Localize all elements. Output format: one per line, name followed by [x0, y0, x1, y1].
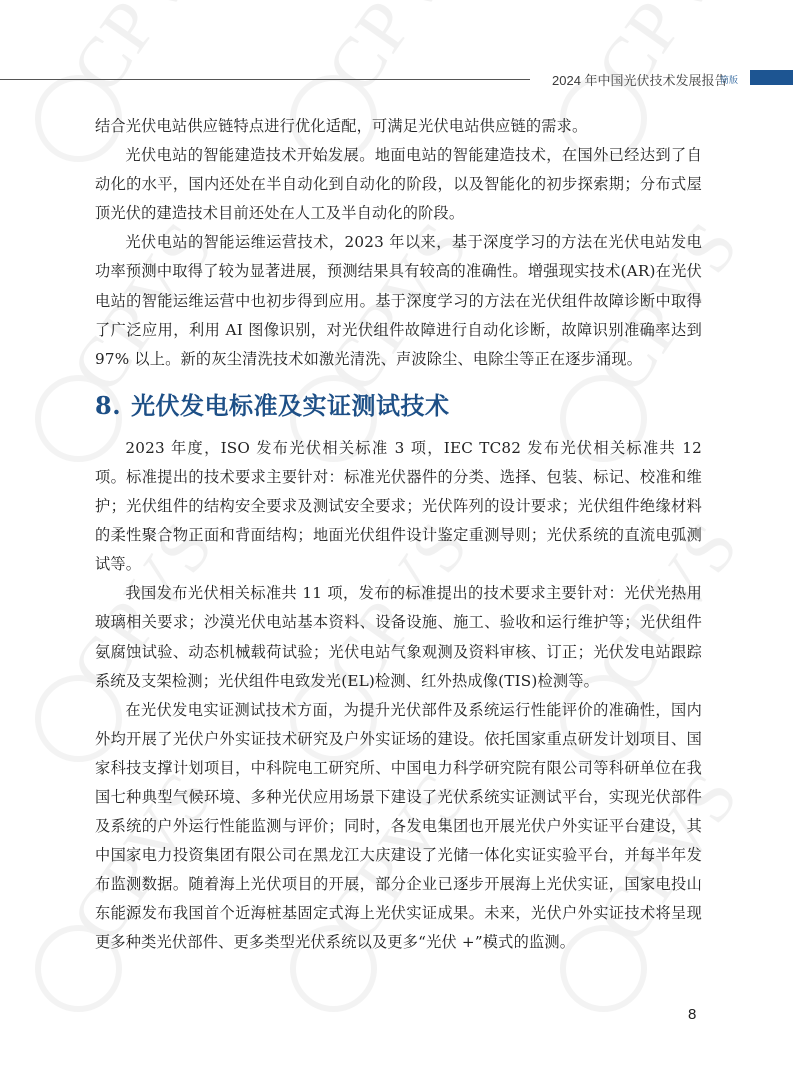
report-title: 2024 年中国光伏技术发展报告	[552, 70, 728, 89]
page-number: 8	[688, 1006, 696, 1023]
paragraph-international-standards: 2023 年度，ISO 发布光伏相关标准 3 项，IEC TC82 发布光伏相关…	[95, 434, 702, 579]
paragraph-field-testing: 在光伏发电实证测试技术方面，为提升光伏部件及系统运行性能评价的准确性，国内外均开…	[95, 696, 702, 958]
paragraph-smart-construction: 光伏电站的智能建造技术开始发展。地面电站的智能建造技术，在国外已经达到了自动化的…	[95, 141, 702, 228]
paragraph-domestic-standards: 我国发布光伏相关标准共 11 项，发布的标准提出的技术要求主要针对：光伏光热用玻…	[95, 579, 702, 695]
section-title-text: 光伏发电标准及实证测试技术	[131, 391, 450, 420]
section-heading: 8.光伏发电标准及实证测试技术	[95, 388, 702, 424]
page-header: 2024 年中国光伏技术发展报告 简版	[0, 70, 793, 94]
header-accent-bar	[750, 70, 793, 85]
header-divider	[0, 79, 530, 80]
section-number: 8.	[95, 391, 121, 420]
page-body: 结合光伏电站供应链特点进行优化适配，可满足光伏电站供应链的需求。 光伏电站的智能…	[95, 112, 702, 958]
edition-badge: 简版	[720, 73, 738, 86]
paragraph-continuation: 结合光伏电站供应链特点进行优化适配，可满足光伏电站供应链的需求。	[95, 112, 702, 141]
paragraph-smart-operation: 光伏电站的智能运维运营技术，2023 年以来，基于深度学习的方法在光伏电站发电功…	[95, 228, 702, 373]
